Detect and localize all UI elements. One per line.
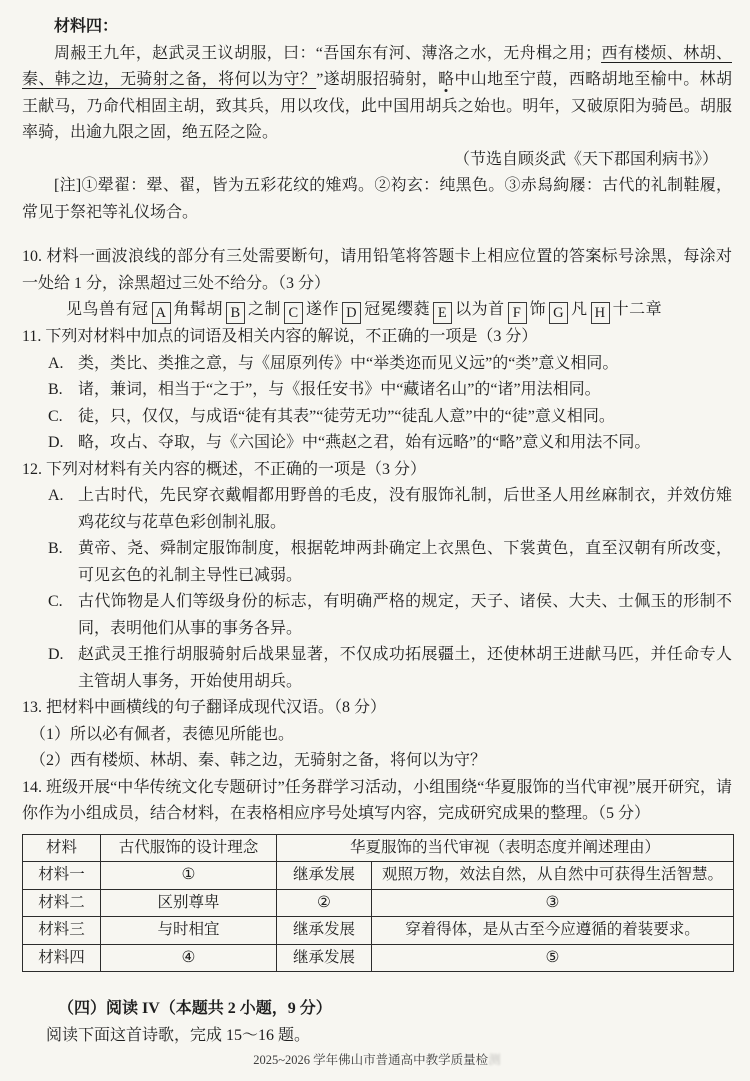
sentence-breaking-line: 见鸟兽有冠A角髯胡B之制C遂作D冠冕缨蕤E以为首F饰G凡H十二章 [22,297,732,324]
option-label: A. [48,483,78,536]
cell-reason: 观照万物，效法自然，从自然中可获得生活智慧。 [372,862,734,890]
question-14-stem: 14. 班级开展“中华传统文化专题研讨”任务群学习活动，小组围绕“华夏服饰的当代… [22,775,732,828]
duanju-segment: 之制 [248,301,281,318]
header-material: 材料 [23,834,101,862]
option-label: A. [48,351,78,378]
footer-text: 2025~2026 学年佛山市普通高中教学质量检 [253,1053,488,1067]
footer-faded-character: 测 [488,1053,501,1067]
exam-paper-page: 材料四： 周赧王九年，赵武灵王议胡服，曰：“吾国东有河、薄洛之水，无舟楫之用；西… [0,0,750,1081]
option-text: 黄帝、尧、舜制定服饰制度，根据乾坤两卦确定上衣黑色、下裳黄色，直至汉朝有所改变，… [78,536,732,589]
question-12-stem: 12. 下列对材料有关内容的概述，不正确的一项是（3 分） [22,457,732,484]
option-text: 诸，兼词，相当于“之于”，与《报任安书》中“藏诸名山”的“诸”用法相同。 [78,377,732,404]
cell-design-concept: 与时相宜 [101,917,277,945]
header-design-concept: 古代服饰的设计理念 [101,834,277,862]
answer-box-h: H [591,302,610,324]
paragraph-mid-text: ”遂胡服招骑射， [316,71,438,88]
answer-box-f: F [508,302,527,324]
answer-box-b: B [226,302,245,324]
answer-box-g: G [549,302,568,324]
table-header-row: 材料 古代服饰的设计理念 华夏服饰的当代审视（表明态度并阐述理由） [23,834,734,862]
source-attribution: （节选自顾炎武《天下郡国利病书》） [22,147,732,174]
option-text: 徒，只，仅仅，与成语“徒有其表”“徒劳无功”“徒乱人意”中的“徒”意义相同。 [78,404,732,431]
section-four-intro: 阅读下面这首诗歌，完成 15～16 题。 [22,1023,732,1050]
question-13-stem: 13. 把材料中画横线的句子翻译成现代汉语。（8 分） [22,695,732,722]
duanju-segment: 十二章 [613,301,663,318]
option-text: 上古时代，先民穿衣戴帽都用野兽的毛皮，没有服饰礼制，后世圣人用丝麻制衣，并效仿雉… [78,483,732,536]
question-10-stem: 10. 材料一画波浪线的部分有三处需要断句，请用铅笔将答题卡上相应位置的答案标号… [22,244,732,297]
question-11-option-b: B.诸，兼词，相当于“之于”，与《报任安书》中“藏诸名山”的“诸”用法相同。 [22,377,732,404]
option-label: B. [48,536,78,589]
cell-reason: ③ [372,889,734,917]
cell-attitude: ② [277,889,372,917]
question-11: 11. 下列对材料中加点的词语及相关内容的解说，不正确的一项是（3 分） A.类… [22,324,732,457]
cell-design-concept: ④ [101,944,277,972]
option-text: 古代饰物是人们等级身份的标志，有明确严格的规定，天子、诸侯、大夫、士佩玉的形制不… [78,589,732,642]
page-footer: 2025~2026 学年佛山市普通高中教学质量检测 [22,1052,732,1069]
option-label: C. [48,589,78,642]
table-row: 材料一 ① 继承发展 观照万物，效法自然，从自然中可获得生活智慧。 [23,862,734,890]
table-row: 材料四 ④ 继承发展 ⑤ [23,944,734,972]
question-13-item-1: （1）所以必有佩者，表德见所能也。 [22,722,732,749]
question-14: 14. 班级开展“中华传统文化专题研讨”任务群学习活动，小组围绕“华夏服饰的当代… [22,775,732,973]
cell-attitude: 继承发展 [277,944,372,972]
duanju-segment: 见鸟兽有冠 [66,301,149,318]
duanju-segment: 饰 [530,301,547,318]
section-four-heading: （四）阅读 IV（本题共 2 小题，9 分） [22,996,732,1023]
answer-box-e: E [433,302,452,324]
duanju-segment: 凡 [571,301,588,318]
option-label: D. [48,642,78,695]
option-text: 略，攻占、夺取，与《六国论》中“燕赵之君，始有远略”的“略”意义和用法不同。 [78,430,732,457]
cell-design-concept: 区别尊卑 [101,889,277,917]
material-four-paragraph: 周赧王九年，赵武灵王议胡服，曰：“吾国东有河、薄洛之水，无舟楫之用；西有楼烦、林… [22,41,732,147]
question-12-option-c: C.古代饰物是人们等级身份的标志，有明确严格的规定，天子、诸侯、大夫、士佩玉的形… [22,589,732,642]
cell-material-label: 材料三 [23,917,101,945]
option-text: 赵武灵王推行胡服骑射后战果显著，不仅成功拓展疆土，还使林胡王进献马匹，并任命专人… [78,642,732,695]
question-11-stem: 11. 下列对材料中加点的词语及相关内容的解说，不正确的一项是（3 分） [22,324,732,351]
answer-box-d: D [342,302,361,324]
duanju-segment: 角髯胡 [174,301,224,318]
cell-material-label: 材料四 [23,944,101,972]
duanju-segment: 以为首 [455,301,505,318]
footnote: [注]①翚翟：翚、翟，皆为五彩花纹的雉鸡。②袀玄：纯黑色。③赤舄絇屦：古代的礼制… [22,173,732,226]
option-label: C. [48,404,78,431]
duanju-segment: 遂作 [306,301,339,318]
question-12-option-b: B.黄帝、尧、舜制定服饰制度，根据乾坤两卦确定上衣黑色、下裳黄色，直至汉朝有所改… [22,536,732,589]
cell-reason: 穿着得体，是从古至今应遵循的着装要求。 [372,917,734,945]
answer-box-a: A [152,302,171,324]
answer-box-c: C [284,302,303,324]
question-13: 13. 把材料中画横线的句子翻译成现代汉语。（8 分） （1）所以必有佩者，表德… [22,695,732,775]
emphasized-character: 略 [438,71,454,88]
question-12-option-a: A.上古时代，先民穿衣戴帽都用野兽的毛皮，没有服饰礼制，后世圣人用丝麻制衣，并效… [22,483,732,536]
duanju-segment: 冠冕缨蕤 [364,301,430,318]
cell-attitude: 继承发展 [277,917,372,945]
cell-reason: ⑤ [372,944,734,972]
table-row: 材料二 区别尊卑 ② ③ [23,889,734,917]
question-11-option-a: A.类，类比、类推之意，与《屈原列传》中“举类迩而见义远”的“类”意义相同。 [22,351,732,378]
question-10: 10. 材料一画波浪线的部分有三处需要断句，请用铅笔将答题卡上相应位置的答案标号… [22,244,732,324]
question-12-option-d: D.赵武灵王推行胡服骑射后战果显著，不仅成功拓展疆土，还使林胡王进献马匹，并任命… [22,642,732,695]
question-11-option-c: C.徒，只，仅仅，与成语“徒有其表”“徒劳无功”“徒乱人意”中的“徒”意义相同。 [22,404,732,431]
material-four-heading: 材料四： [22,14,732,41]
question-13-item-2: （2）西有楼烦、林胡、秦、韩之边，无骑射之备，将何以为守？ [22,748,732,775]
cell-material-label: 材料二 [23,889,101,917]
cell-attitude: 继承发展 [277,862,372,890]
cell-material-label: 材料一 [23,862,101,890]
option-label: B. [48,377,78,404]
header-contemporary-review: 华夏服饰的当代审视（表明态度并阐述理由） [277,834,734,862]
question-11-option-d: D.略，攻占、夺取，与《六国论》中“燕赵之君，始有远略”的“略”意义和用法不同。 [22,430,732,457]
question-12: 12. 下列对材料有关内容的概述，不正确的一项是（3 分） A.上古时代，先民穿… [22,457,732,696]
table-row: 材料三 与时相宜 继承发展 穿着得体，是从古至今应遵循的着装要求。 [23,917,734,945]
option-text: 类，类比、类推之意，与《屈原列传》中“举类迩而见义远”的“类”意义相同。 [78,351,732,378]
research-fill-table: 材料 古代服饰的设计理念 华夏服饰的当代审视（表明态度并阐述理由） 材料一 ① … [22,834,734,973]
paragraph-pre-text: 周赧王九年，赵武灵王议胡服，曰：“吾国东有河、薄洛之水，无舟楫之用； [54,45,601,62]
option-label: D. [48,430,78,457]
cell-design-concept: ① [101,862,277,890]
